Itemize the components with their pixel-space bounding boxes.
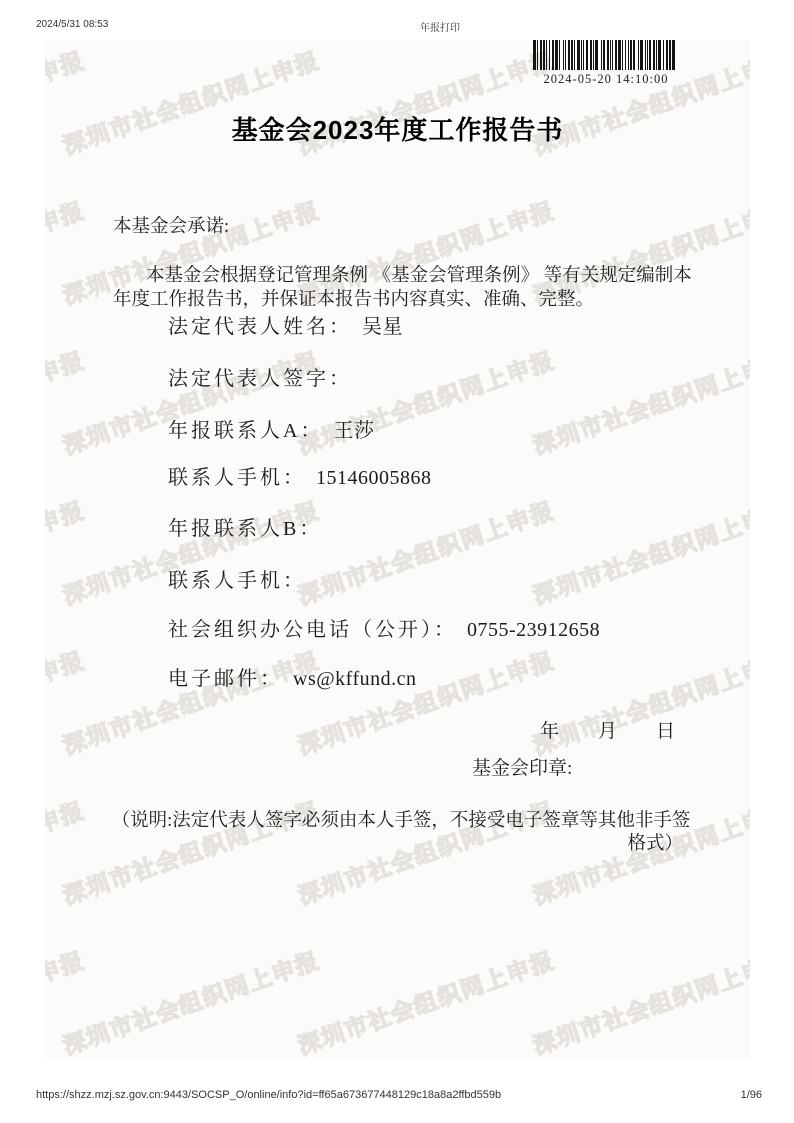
field-row: 法定代表人签字： (168, 362, 352, 391)
seal-label: 基金会印章: (472, 753, 572, 780)
field-label: 联系人手机： (168, 467, 306, 489)
field-value: 15146005868 (316, 467, 432, 489)
field-value: ws@kffund.cn (293, 668, 416, 690)
field-label: 年报联系人A： (168, 420, 323, 442)
print-header-datetime: 2024/5/31 08:53 (36, 19, 108, 30)
field-row: 法定代表人姓名：吴星 (168, 310, 403, 339)
field-value: 吴星 (362, 316, 403, 338)
field-label: 社会组织办公电话（公开）： (168, 619, 457, 641)
field-row: 联系人手机： (168, 564, 306, 593)
field-row: 联系人手机：15146005868 (168, 461, 432, 490)
form-fields: 法定代表人姓名：吴星法定代表人签字：年报联系人A：王莎联系人手机：1514600… (45, 40, 750, 1060)
page-content: 2024-05-20 14:10:00 基金会2023年度工作报告书 本基金会承… (45, 40, 750, 1060)
field-label: 年报联系人B： (168, 518, 322, 540)
field-label: 电子邮件： (168, 668, 283, 690)
field-label: 法定代表人签字： (168, 368, 352, 390)
field-label: 法定代表人姓名： (168, 316, 352, 338)
footer-url: https://shzz.mzj.sz.gov.cn:9443/SOCSP_O/… (36, 1089, 501, 1101)
field-row: 年报联系人B： (168, 512, 322, 541)
footer-page-number: 1/96 (741, 1089, 762, 1101)
field-label: 联系人手机： (168, 570, 306, 592)
field-row: 社会组织办公电话（公开）：0755-23912658 (168, 613, 600, 642)
field-value: 0755-23912658 (467, 619, 600, 641)
field-value: 王莎 (333, 420, 374, 442)
field-row: 年报联系人A：王莎 (168, 414, 374, 443)
date-line: 年月日 (540, 716, 714, 743)
note-line: 格式） (105, 829, 697, 855)
print-header-title: 年报打印 (420, 19, 460, 34)
document-page: 深圳市社会组织网上申报深圳市社会组织网上申报深圳市社会组织网上申报深圳市社会组织… (45, 40, 750, 1060)
field-row: 电子邮件：ws@kffund.cn (168, 662, 416, 691)
